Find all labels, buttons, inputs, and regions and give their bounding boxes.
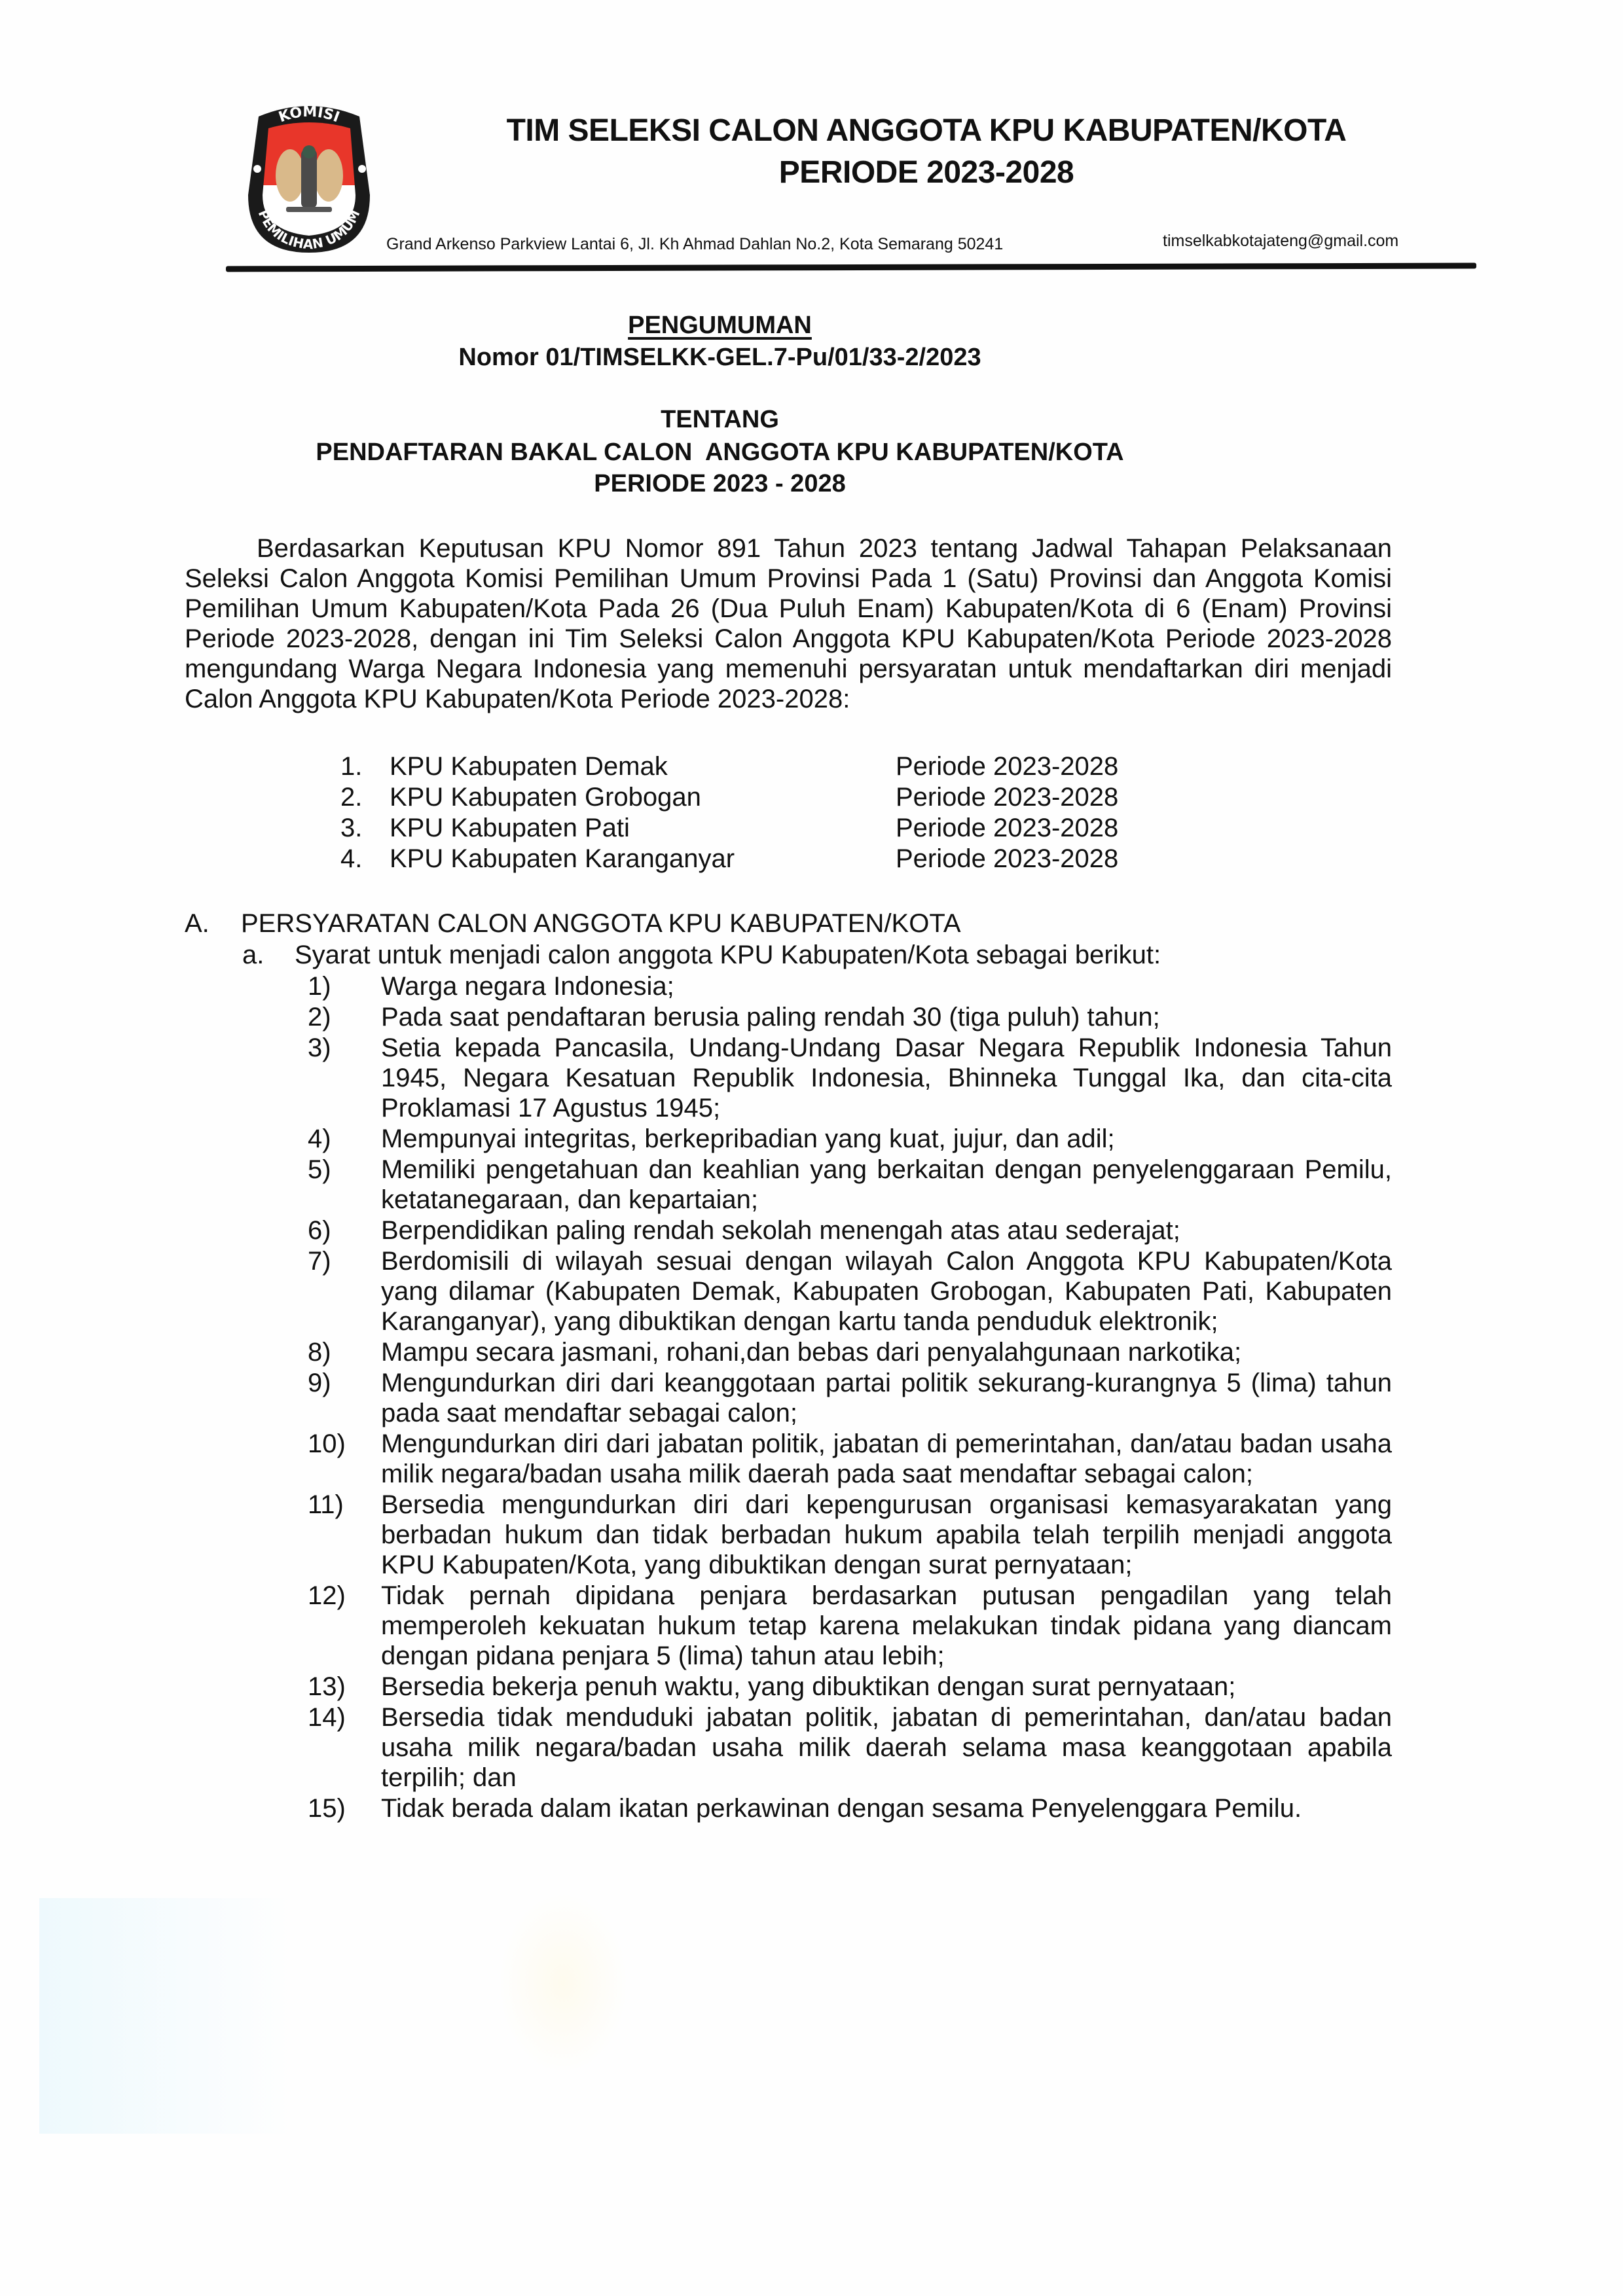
requirement-number: 14) bbox=[308, 1702, 381, 1793]
subsection-label: a. bbox=[242, 940, 295, 970]
list-item-period: Periode 2023-2028 bbox=[896, 813, 1118, 844]
letterhead-email[interactable]: timselkabkotajateng@gmail.com bbox=[1163, 232, 1398, 251]
letterhead-divider bbox=[226, 262, 1476, 272]
section-a-heading: A.PERSYARATAN CALON ANGGOTA KPU KABUPATE… bbox=[185, 908, 961, 939]
requirement-number: 3) bbox=[308, 1033, 381, 1123]
list-item: 2.KPU Kabupaten GroboganPeriode 2023-202… bbox=[340, 782, 1192, 813]
list-item-number: 3. bbox=[340, 813, 390, 844]
intro-paragraph: Berdasarkan Keputusan KPU Nomor 891 Tahu… bbox=[185, 533, 1392, 714]
list-item-period: Periode 2023-2028 bbox=[896, 844, 1118, 874]
list-item-number: 4. bbox=[340, 844, 390, 874]
requirement-number: 13) bbox=[308, 1672, 381, 1702]
requirement-item: 1)Warga negara Indonesia; bbox=[308, 971, 1392, 1001]
requirement-text: Tidak berada dalam ikatan perkawinan den… bbox=[381, 1793, 1392, 1823]
list-item: 4.KPU Kabupaten KaranganyarPeriode 2023-… bbox=[340, 844, 1192, 874]
requirement-item: 3)Setia kepada Pancasila, Undang-Undang … bbox=[308, 1033, 1392, 1123]
letterhead-address: Grand Arkenso Parkview Lantai 6, Jl. Kh … bbox=[386, 235, 1003, 254]
requirement-text: Berpendidikan paling rendah sekolah mene… bbox=[381, 1215, 1392, 1246]
scan-tint bbox=[39, 1898, 295, 2134]
requirement-item: 14)Bersedia tidak menduduki jabatan poli… bbox=[308, 1702, 1392, 1793]
requirement-number: 5) bbox=[308, 1155, 381, 1215]
announcement-subject-period: PERIODE 2023 - 2028 bbox=[0, 471, 1531, 496]
requirement-text: Tidak pernah dipidana penjara berdasarka… bbox=[381, 1581, 1392, 1671]
requirement-item: 2)Pada saat pendaftaran berusia paling r… bbox=[308, 1002, 1392, 1032]
requirement-text: Bersedia tidak menduduki jabatan politik… bbox=[381, 1702, 1392, 1793]
requirement-number: 9) bbox=[308, 1368, 381, 1428]
requirement-item: 15)Tidak berada dalam ikatan perkawinan … bbox=[308, 1793, 1392, 1823]
requirement-item: 9)Mengundurkan diri dari keanggotaan par… bbox=[308, 1368, 1392, 1428]
document-page: KOMISI PEMILIHAN UMUM TIM SELEKSI CALON … bbox=[0, 0, 1623, 2296]
list-item: 3.KPU Kabupaten PatiPeriode 2023-2028 bbox=[340, 813, 1192, 844]
announcement-subject: PENDAFTARAN BAKAL CALON ANGGOTA KPU KABU… bbox=[0, 440, 1531, 465]
requirement-item: 4)Mempunyai integritas, berkepribadian y… bbox=[308, 1124, 1392, 1154]
section-label: A. bbox=[185, 908, 241, 939]
requirement-number: 2) bbox=[308, 1002, 381, 1032]
requirements-list: 1)Warga negara Indonesia;2)Pada saat pen… bbox=[308, 971, 1392, 1824]
requirement-text: Memiliki pengetahuan dan keahlian yang b… bbox=[381, 1155, 1392, 1215]
list-item-period: Periode 2023-2028 bbox=[896, 782, 1118, 813]
requirement-item: 12)Tidak pernah dipidana penjara berdasa… bbox=[308, 1581, 1392, 1671]
requirement-number: 7) bbox=[308, 1246, 381, 1336]
list-item-name: KPU Kabupaten Demak bbox=[390, 751, 896, 782]
requirement-number: 15) bbox=[308, 1793, 381, 1823]
requirement-number: 1) bbox=[308, 971, 381, 1001]
requirement-item: 8)Mampu secara jasmani, rohani,dan bebas… bbox=[308, 1337, 1392, 1367]
list-item-number: 1. bbox=[340, 751, 390, 782]
list-item-name: KPU Kabupaten Pati bbox=[390, 813, 896, 844]
requirement-text: Pada saat pendaftaran berusia paling ren… bbox=[381, 1002, 1392, 1032]
requirement-text: Berdomisili di wilayah sesuai dengan wil… bbox=[381, 1246, 1392, 1336]
letterhead-title: TIM SELEKSI CALON ANGGOTA KPU KABUPATEN/… bbox=[393, 115, 1460, 147]
announcement-heading: PENGUMUMAN bbox=[0, 313, 1531, 338]
requirement-text: Mengundurkan diri dari keanggotaan parta… bbox=[381, 1368, 1392, 1428]
requirement-number: 6) bbox=[308, 1215, 381, 1246]
section-a-subheading: a.Syarat untuk menjadi calon anggota KPU… bbox=[242, 940, 1161, 970]
requirement-text: Setia kepada Pancasila, Undang-Undang Da… bbox=[381, 1033, 1392, 1123]
scan-tint bbox=[498, 1892, 629, 2075]
requirement-text: Bersedia bekerja penuh waktu, yang dibuk… bbox=[381, 1672, 1392, 1702]
requirement-item: 7)Berdomisili di wilayah sesuai dengan w… bbox=[308, 1246, 1392, 1336]
requirement-item: 11)Bersedia mengundurkan diri dari kepen… bbox=[308, 1490, 1392, 1580]
announcement-about: TENTANG bbox=[0, 407, 1531, 432]
requirement-number: 11) bbox=[308, 1490, 381, 1580]
kpu-emblem-icon: KOMISI PEMILIHAN UMUM bbox=[239, 97, 380, 254]
requirement-text: Warga negara Indonesia; bbox=[381, 971, 1392, 1001]
requirement-item: 5)Memiliki pengetahuan dan keahlian yang… bbox=[308, 1155, 1392, 1215]
list-item: 1.KPU Kabupaten DemakPeriode 2023-2028 bbox=[340, 751, 1192, 782]
announcement-number: Nomor 01/TIMSELKK-GEL.7-Pu/01/33-2/2023 bbox=[0, 345, 1531, 370]
requirement-item: 13)Bersedia bekerja penuh waktu, yang di… bbox=[308, 1672, 1392, 1702]
requirement-number: 10) bbox=[308, 1429, 381, 1489]
requirement-number: 4) bbox=[308, 1124, 381, 1154]
requirement-text: Mampu secara jasmani, rohani,dan bebas d… bbox=[381, 1337, 1392, 1367]
requirement-text: Mengundurkan diri dari jabatan politik, … bbox=[381, 1429, 1392, 1489]
section-title: PERSYARATAN CALON ANGGOTA KPU KABUPATEN/… bbox=[241, 909, 961, 938]
requirement-text: Bersedia mengundurkan diri dari kepengur… bbox=[381, 1490, 1392, 1580]
requirement-text: Mempunyai integritas, berkepribadian yan… bbox=[381, 1124, 1392, 1154]
requirement-item: 10)Mengundurkan diri dari jabatan politi… bbox=[308, 1429, 1392, 1489]
kabupaten-list: 1.KPU Kabupaten DemakPeriode 2023-20282.… bbox=[340, 751, 1192, 874]
requirement-number: 12) bbox=[308, 1581, 381, 1671]
subsection-title: Syarat untuk menjadi calon anggota KPU K… bbox=[295, 941, 1161, 969]
list-item-period: Periode 2023-2028 bbox=[896, 751, 1118, 782]
list-item-name: KPU Kabupaten Grobogan bbox=[390, 782, 896, 813]
list-item-number: 2. bbox=[340, 782, 390, 813]
letterhead-period: PERIODE 2023-2028 bbox=[393, 157, 1460, 188]
requirement-item: 6)Berpendidikan paling rendah sekolah me… bbox=[308, 1215, 1392, 1246]
list-item-name: KPU Kabupaten Karanganyar bbox=[390, 844, 896, 874]
requirement-number: 8) bbox=[308, 1337, 381, 1367]
